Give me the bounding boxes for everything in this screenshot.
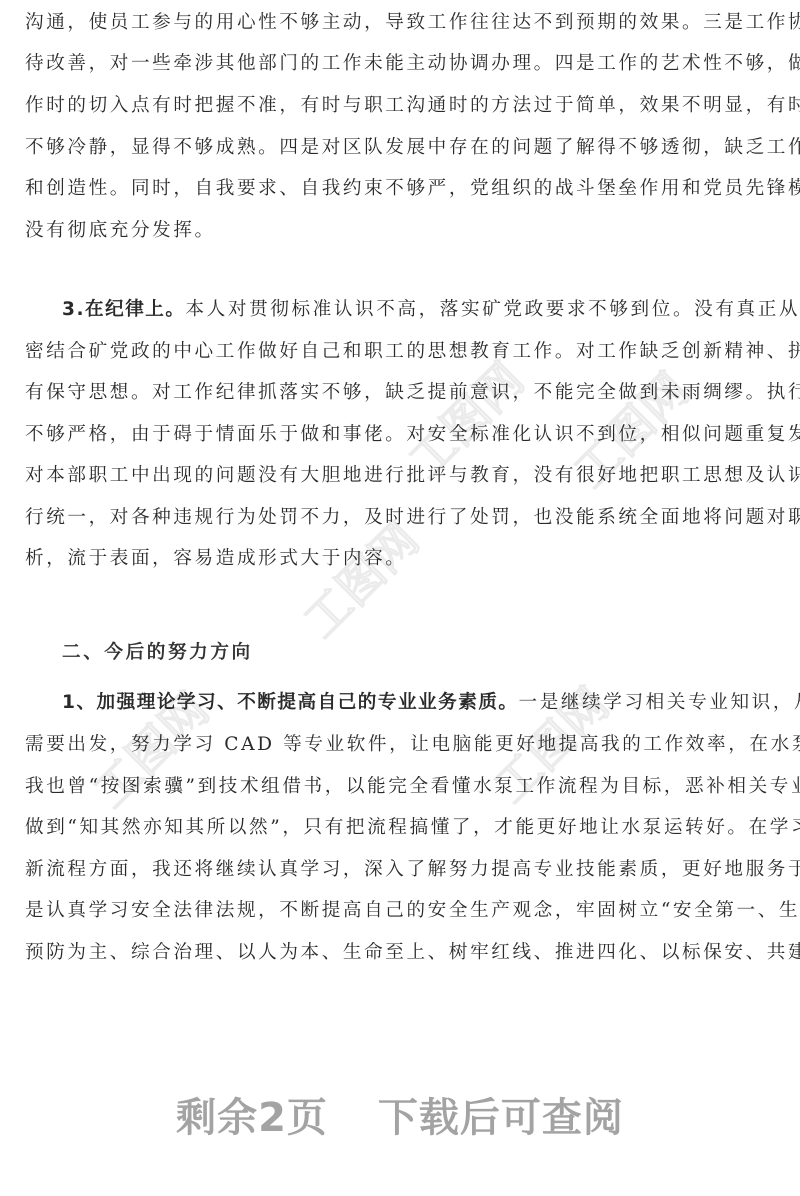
remaining-pages-label: 剩余2页 xyxy=(176,1095,328,1141)
paragraph-line: 有保守思想。对工作纪律抓落实不够，缺乏提前意识，不能完全做到未雨绸缪。执行制度有… xyxy=(25,381,777,405)
section-discipline-text: 本人对贯彻标准认识不高，落实矿党政要求不够到位。没有真正从思想上紧 xyxy=(185,299,800,320)
section-future-first-line: 1、加强理论学习、不断提高自己的专业业务素质。一是继续学习相关专业知识，从工作 xyxy=(62,691,777,715)
paragraph-line: 不够严格，由于碍于情面乐于做和事佬。对安全标准化认识不到位，相似问题重复发生。有… xyxy=(25,423,777,447)
remaining-pages-notice[interactable]: 剩余2页下载后可查阅 xyxy=(0,1093,800,1143)
paragraph-line: 新流程方面，我还将继续认真学习，深入了解努力提高专业技能素质，更好地服务于工作。… xyxy=(25,858,777,882)
download-hint-label: 下载后可查阅 xyxy=(378,1095,624,1141)
paragraph-line: 需要出发，努力学习 CAD 等专业软件，让电脑能更好地提高我的工作效率，在水泵管… xyxy=(25,733,777,757)
paragraph-line: 析，流于表面，容易造成形式大于内容。 xyxy=(25,547,777,571)
paragraph-line: 和创造性。同时，自我要求、自我约束不够严，党组织的战斗堡垒作用和党员先锋模范作用… xyxy=(25,177,777,201)
paragraph-line: 做到“知其然亦知其所以然”，只有把流程搞懂了，才能更好地让水泵运转好。在学习新工… xyxy=(25,816,777,840)
paragraph-line: 预防为主、综合治理、以人为本、生命至上、树牢红线、推进四化、以标保安、共建共享、… xyxy=(25,941,777,965)
paragraph-line: 作时的切入点有时把握不准，有时与职工沟通时的方法过于简单，效果不明显，有时处理事… xyxy=(25,94,777,118)
paragraph-line: 对本部职工中出现的问题没有大胆地进行批评与教育，没有很好地把职工思想及认识很好地… xyxy=(25,464,777,488)
document-page: 工图网 工图网 工图网 工图网 工图网 沟通，使员工参与的用心性不够主动，导致工… xyxy=(0,0,800,1196)
paragraph-line: 没有彻底充分发挥。 xyxy=(25,219,777,243)
paragraph-line: 是认真学习安全法律法规，不断提高自己的安全生产观念，牢固树立“安全第一、生产第二… xyxy=(25,899,777,923)
paragraph-line: 待改善，对一些牵涉其他部门的工作未能主动协调办理。四是工作的艺术性不够，做员工思… xyxy=(25,52,777,76)
section-future-lead: 1、加强理论学习、不断提高自己的专业业务素质。 xyxy=(62,692,519,713)
section-future-text: 一是继续学习相关专业知识，从工作 xyxy=(519,692,800,713)
paragraph-line: 密结合矿党政的中心工作做好自己和职工的思想教育工作。对工作缺乏创新精神、拼搏精神… xyxy=(25,340,777,364)
paragraph-line: 行统一，对各种违规行为处罚不力，及时进行了处罚，也没能系统全面地将问题对职工进行… xyxy=(25,506,777,530)
section-discipline-first-line: 3.在纪律上。本人对贯彻标准认识不高，落实矿党政要求不够到位。没有真正从思想上紧 xyxy=(62,298,777,322)
section-discipline-lead: 3.在纪律上。 xyxy=(62,299,185,320)
section-heading: 二、今后的努力方向 xyxy=(62,641,253,665)
paragraph-line: 沟通，使员工参与的用心性不够主动，导致工作往往达不到预期的效果。三是工作协调潜力… xyxy=(25,11,777,35)
paragraph-line: 不够冷静，显得不够成熟。四是对区队发展中存在的问题了解得不够透彻，缺乏工作的主动… xyxy=(25,136,777,160)
paragraph-line: 我也曾“按图索骥”到技术组借书，以能完全看懂水泵工作流程为目标，恶补相关专业知识… xyxy=(25,775,777,799)
